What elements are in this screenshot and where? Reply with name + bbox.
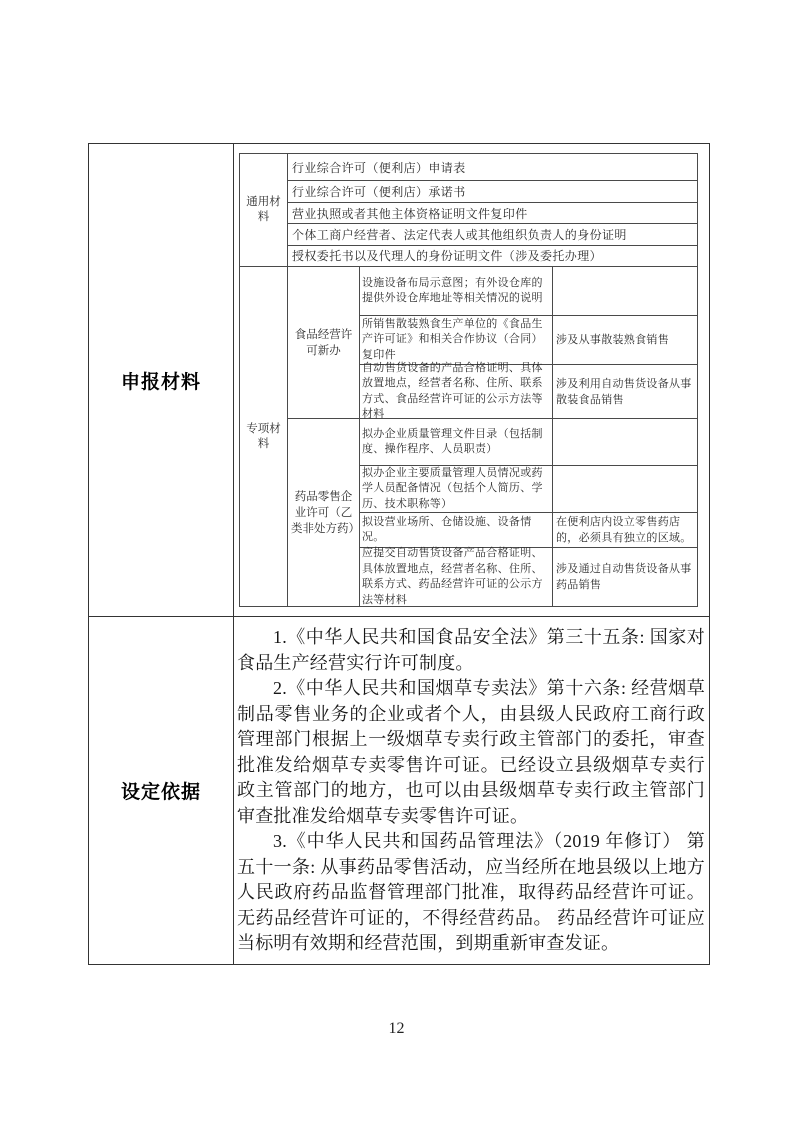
- setting-basis-row: 设定依据 1.《中华人民共和国食品安全法》第三十五条: 国家对食品生产经营实行许…: [89, 617, 709, 964]
- setting-basis-row-label: 设定依据: [89, 617, 234, 964]
- table-row: 拟办企业质量管理文件目录（包括制度、操作程序、人员职责）: [360, 419, 697, 466]
- condition-cell: [553, 267, 697, 315]
- basis-paragraph: 2.《中华人民共和国烟草专卖法》第十六条: 经营烟草制品零售业务的企业或者个人，…: [237, 676, 705, 829]
- special-materials-section: 专项材料 食品经营许可新办 设施设备布局示意图；有外设仓库的提供外设仓库地址等相…: [240, 267, 697, 606]
- condition-cell: 涉及从事散装熟食销售: [553, 316, 697, 364]
- table-row: 营业执照或者其他主体资格证明文件复印件: [288, 203, 697, 224]
- approval-item-table: 申报材料 通用材料 行业综合许可（便利店）申请表 行业综合许可（便利店）承诺书 …: [88, 143, 710, 965]
- application-materials-content: 通用材料 行业综合许可（便利店）申请表 行业综合许可（便利店）承诺书 营业执照或…: [234, 144, 709, 616]
- drug-license-rows: 拟办企业质量管理文件目录（包括制度、操作程序、人员职责） 拟办企业主要质量管理人…: [360, 419, 697, 606]
- special-materials-groups: 食品经营许可新办 设施设备布局示意图；有外设仓库的提供外设仓库地址等相关情况的说…: [288, 267, 697, 606]
- general-materials-rows: 行业综合许可（便利店）申请表 行业综合许可（便利店）承诺书 营业执照或者其他主体…: [288, 154, 697, 266]
- food-license-rows: 设施设备布局示意图；有外设仓库的提供外设仓库地址等相关情况的说明 所销售散装熟食…: [360, 267, 697, 418]
- condition-cell: [553, 466, 697, 512]
- material-cell: 所销售散装熟食生产单位的《食品生产许可证》和相关合作协议（合同）复印件: [360, 316, 553, 364]
- special-materials-label: 专项材料: [240, 267, 288, 606]
- general-materials-section: 通用材料 行业综合许可（便利店）申请表 行业综合许可（便利店）承诺书 营业执照或…: [240, 154, 697, 267]
- table-row: 行业综合许可（便利店）承诺书: [288, 181, 697, 202]
- table-row: 所销售散装熟食生产单位的《食品生产许可证》和相关合作协议（合同）复印件 涉及从事…: [360, 316, 697, 365]
- table-row: 设施设备布局示意图；有外设仓库的提供外设仓库地址等相关情况的说明: [360, 267, 697, 316]
- condition-cell: 在便利店内设立零售药店的，必须具有独立的区域。: [553, 513, 697, 547]
- basis-paragraph: 3.《中华人民共和国药品管理法》（2019 年修订） 第五十一条: 从事药品零售…: [237, 829, 705, 957]
- materials-table: 通用材料 行业综合许可（便利店）申请表 行业综合许可（便利店）承诺书 营业执照或…: [239, 153, 698, 607]
- table-row: 个体工商户经营者、法定代表人或其他组织负责人的身份证明: [288, 224, 697, 245]
- table-row: 授权委托书以及代理人的身份证明文件（涉及委托办理）: [288, 246, 697, 266]
- drug-license-group: 药品零售企业许可（乙类非处方药） 拟办企业质量管理文件目录（包括制度、操作程序、…: [288, 419, 697, 606]
- material-cell: 拟办企业质量管理文件目录（包括制度、操作程序、人员职责）: [360, 419, 553, 465]
- material-cell: 设施设备布局示意图；有外设仓库的提供外设仓库地址等相关情况的说明: [360, 267, 553, 315]
- table-row: 自动售货设备的产品合格证明、具体放置地点，经营者名称、住所、联系方式、食品经营许…: [360, 365, 697, 418]
- drug-license-label: 药品零售企业许可（乙类非处方药）: [288, 419, 360, 606]
- page-number: 12: [0, 1020, 793, 1038]
- application-materials-row: 申报材料 通用材料 行业综合许可（便利店）申请表 行业综合许可（便利店）承诺书 …: [89, 144, 709, 617]
- application-materials-row-label: 申报材料: [89, 144, 234, 616]
- material-cell: 拟设营业场所、仓储设施、设备情况。: [360, 513, 553, 547]
- food-license-label: 食品经营许可新办: [288, 267, 360, 418]
- general-materials-label: 通用材料: [240, 154, 288, 266]
- table-row: 拟办企业主要质量管理人员情况或药学人员配备情况（包括个人简历、学历、技术职称等）: [360, 466, 697, 513]
- food-license-group: 食品经营许可新办 设施设备布局示意图；有外设仓库的提供外设仓库地址等相关情况的说…: [288, 267, 697, 419]
- material-cell: 拟办企业主要质量管理人员情况或药学人员配备情况（包括个人简历、学历、技术职称等）: [360, 466, 553, 512]
- table-row: 拟设营业场所、仓储设施、设备情况。 在便利店内设立零售药店的，必须具有独立的区域…: [360, 513, 697, 548]
- condition-cell: [553, 419, 697, 465]
- table-row: 行业综合许可（便利店）申请表: [288, 154, 697, 181]
- condition-cell: 涉及利用自动售货设备从事散装食品销售: [553, 365, 697, 418]
- document-page: 申报材料 通用材料 行业综合许可（便利店）申请表 行业综合许可（便利店）承诺书 …: [0, 0, 793, 1122]
- material-cell: 自动售货设备的产品合格证明、具体放置地点，经营者名称、住所、联系方式、食品经营许…: [360, 365, 553, 418]
- basis-paragraph: 1.《中华人民共和国食品安全法》第三十五条: 国家对食品生产经营实行许可制度。: [237, 625, 705, 676]
- material-cell: 应提交自动售货设备产品合格证明、具体放置地点，经营者名称、住所、联系方式、药品经…: [360, 548, 553, 606]
- table-row: 应提交自动售货设备产品合格证明、具体放置地点，经营者名称、住所、联系方式、药品经…: [360, 548, 697, 606]
- condition-cell: 涉及通过自动售货设备从事药品销售: [553, 548, 697, 606]
- setting-basis-content: 1.《中华人民共和国食品安全法》第三十五条: 国家对食品生产经营实行许可制度。 …: [234, 617, 709, 964]
